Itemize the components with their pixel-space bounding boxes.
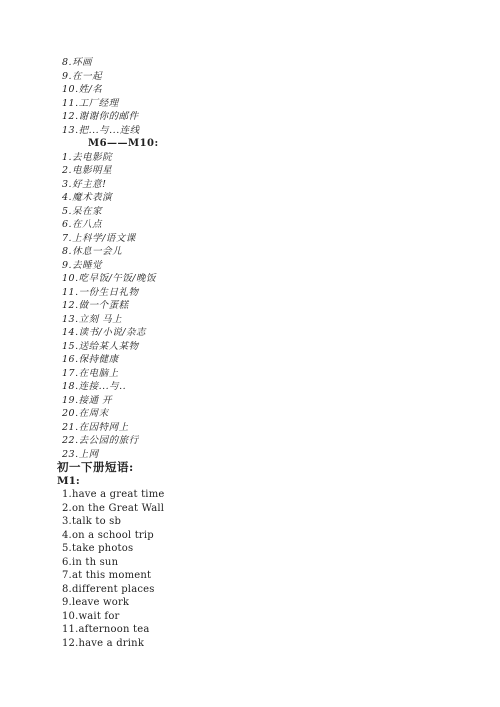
phrase-line: 2.on the Great Wall	[62, 502, 165, 516]
phrase-line: 19.接通 开	[62, 394, 165, 408]
phrase-line: 7.上科学/语文课	[62, 232, 165, 246]
phrase-line: 9.去睡觉	[62, 259, 165, 273]
section-heading-module-6-10: M6——M10:	[62, 137, 165, 151]
phrase-line: 7.at this moment	[62, 569, 165, 583]
phrase-list: 8.环画9.在一起10.姓/名11.工厂经理12.谢谢你的邮件13.把...与.…	[62, 56, 165, 650]
phrase-line: 12.做一个蛋糕	[62, 299, 165, 313]
section-heading-book-two-phrases: 初一下册短语:	[57, 461, 165, 475]
phrase-line: 6.在八点	[62, 218, 165, 232]
phrase-line: 13.把...与...连线	[62, 124, 165, 138]
phrase-line: 20.在周末	[62, 407, 165, 421]
phrase-line: 14.读书/小说/杂志	[62, 326, 165, 340]
phrase-line: 12.have a drink	[62, 637, 165, 651]
phrase-line: 9.在一起	[62, 70, 165, 84]
phrase-line: 16.保持健康	[62, 353, 165, 367]
phrase-line: 10.wait for	[62, 610, 165, 624]
phrase-line: 22.去公园的旅行	[62, 434, 165, 448]
phrase-line: 11.afternoon tea	[62, 623, 165, 637]
phrase-line: 4.on a school trip	[62, 529, 165, 543]
phrase-line: 2.电影明星	[62, 164, 165, 178]
phrase-line: 21.在因特网上	[62, 421, 165, 435]
phrase-line: 8.different places	[62, 583, 165, 597]
phrase-line: 6.in th sun	[62, 556, 165, 570]
section-subheading-book-two-phrases: M1:	[57, 475, 165, 489]
phrase-line: 1.去电影院	[62, 151, 165, 165]
phrase-line: 13.立刻 马上	[62, 313, 165, 327]
document-page: 8.环画9.在一起10.姓/名11.工厂经理12.谢谢你的邮件13.把...与.…	[0, 0, 500, 707]
phrase-line: 18.连接...与..	[62, 380, 165, 394]
phrase-line: 4.魔术表演	[62, 191, 165, 205]
phrase-line: 11.一份生日礼物	[62, 286, 165, 300]
phrase-line: 15.送给某人某物	[62, 340, 165, 354]
phrase-line: 11.工厂经理	[62, 97, 165, 111]
phrase-line: 10.姓/名	[62, 83, 165, 97]
phrase-line: 23.上网	[62, 448, 165, 462]
phrase-line: 5.呆在家	[62, 205, 165, 219]
phrase-line: 10.吃早饭/午饭/晚饭	[62, 272, 165, 286]
phrase-line: 5.take photos	[62, 542, 165, 556]
phrase-line: 17.在电脑上	[62, 367, 165, 381]
phrase-line: 12.谢谢你的邮件	[62, 110, 165, 124]
phrase-line: 3.talk to sb	[62, 515, 165, 529]
phrase-line: 3.好主意!	[62, 178, 165, 192]
phrase-line: 1.have a great time	[62, 488, 165, 502]
phrase-line: 9.leave work	[62, 596, 165, 610]
phrase-line: 8.休息一会儿	[62, 245, 165, 259]
phrase-line: 8.环画	[62, 56, 165, 70]
